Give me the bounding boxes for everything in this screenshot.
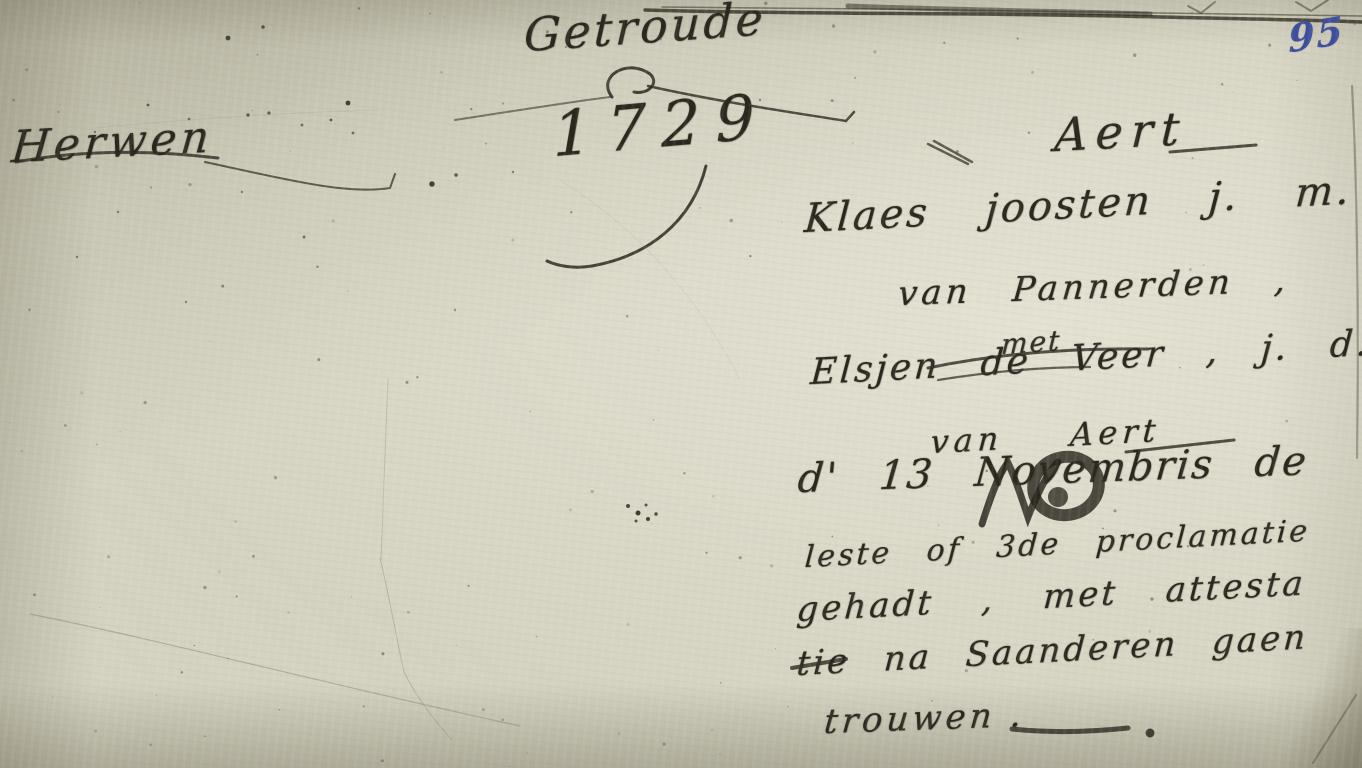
entry-line-date: d' 13 Novembris de [796,438,1310,502]
archival-page-number: 95 [1288,7,1345,61]
register-scan-page: Herwen Getroude 1729 Aert 95 Klaes joost… [0,0,1362,768]
right-place-heading: Aert [1053,101,1189,162]
paper-scratches [30,110,740,740]
left-place-heading: Herwen [10,111,216,173]
entry-line-closing: trouwen . [822,695,1026,742]
entry-line-groom: Klaes joosten j. m. [803,167,1354,242]
year-heading: 1729 [552,79,770,171]
entry-line-proclamation: leste of 3de proclamatie [804,514,1312,576]
entry-line-attestation-1: gehadt , met attesta [795,563,1307,630]
entry-line-bride: Elsjen de Veer , j. d. [809,323,1362,394]
page-title: Getroude [523,0,767,62]
entry-line-groom-origin: van Pannerden , [896,260,1291,314]
entry-line-attestation-2: tie na Saanderen gaen [795,617,1309,684]
